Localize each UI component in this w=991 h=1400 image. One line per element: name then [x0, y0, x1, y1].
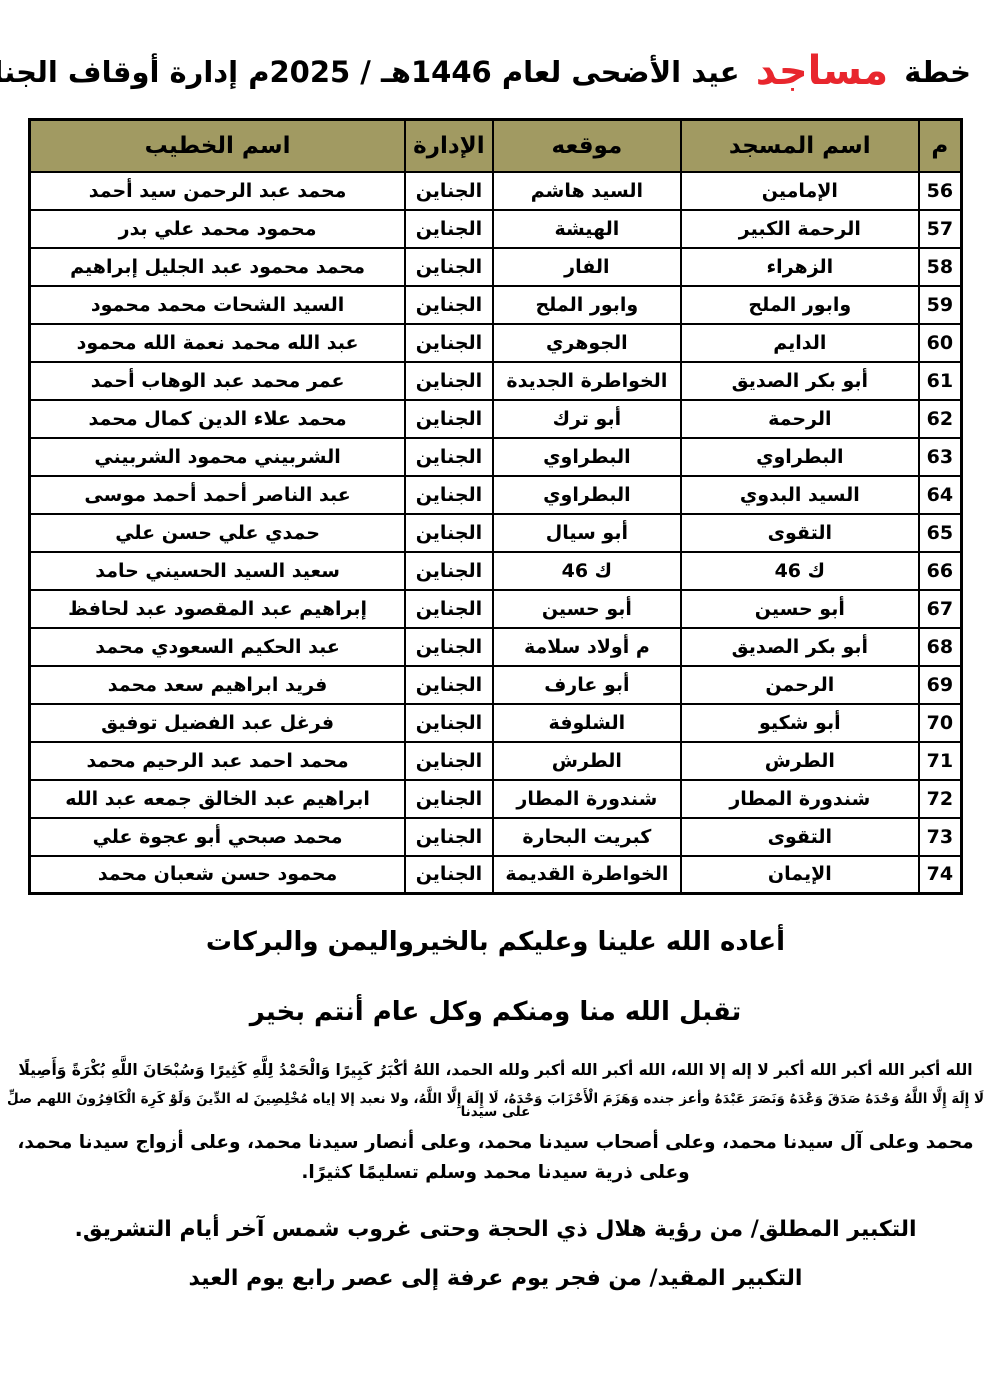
- cell-administration: الجناين: [405, 704, 493, 742]
- cell-serial-number: 67: [919, 590, 962, 628]
- cell-location: أبو حسين: [493, 590, 681, 628]
- cell-serial-number: 64: [919, 476, 962, 514]
- cell-khateeb-name: محمد صبحي أبو عجوة علي: [30, 818, 406, 856]
- cell-administration: الجناين: [405, 742, 493, 780]
- table-row: 60 الدايم الجوهري الجناين عبد الله محمد …: [30, 324, 962, 362]
- blessing-line-1: أعاده الله علينا وعليكم بالخيرواليمن وال…: [0, 927, 991, 957]
- table-row: 56 الإمامين السيد هاشم الجناين محمد عبد …: [30, 172, 962, 210]
- table-row: 74 الإيمان الخواطرة القديمة الجناين محمو…: [30, 856, 962, 894]
- cell-serial-number: 56: [919, 172, 962, 210]
- cell-administration: الجناين: [405, 438, 493, 476]
- cell-location: الخواطرة القديمة: [493, 856, 681, 894]
- table-row: 62 الرحمة أبو ترك الجناين محمد علاء الدي…: [30, 400, 962, 438]
- header-khateeb-name: اسم الخطيب: [30, 120, 406, 172]
- cell-administration: الجناين: [405, 400, 493, 438]
- table-row: 67 أبو حسين أبو حسين الجناين إبراهيم عبد…: [30, 590, 962, 628]
- cell-serial-number: 62: [919, 400, 962, 438]
- cell-location: الطرش: [493, 742, 681, 780]
- cell-serial-number: 70: [919, 704, 962, 742]
- cell-khateeb-name: عمر محمد عبد الوهاب أحمد: [30, 362, 406, 400]
- cell-serial-number: 58: [919, 248, 962, 286]
- cell-mosque-name: أبو بكر الصديق: [681, 628, 919, 666]
- cell-administration: الجناين: [405, 628, 493, 666]
- cell-serial-number: 61: [919, 362, 962, 400]
- cell-location: أبو ترك: [493, 400, 681, 438]
- cell-khateeb-name: الشربيني محمود الشربيني: [30, 438, 406, 476]
- cell-serial-number: 60: [919, 324, 962, 362]
- cell-serial-number: 59: [919, 286, 962, 324]
- cell-mosque-name: السيد البدوي: [681, 476, 919, 514]
- cell-khateeb-name: محمد علاء الدين كمال محمد: [30, 400, 406, 438]
- cell-location: شندورة المطار: [493, 780, 681, 818]
- cell-administration: الجناين: [405, 856, 493, 894]
- cell-serial-number: 63: [919, 438, 962, 476]
- cell-khateeb-name: عبد الحكيم السعودي محمد: [30, 628, 406, 666]
- cell-mosque-name: التقوى: [681, 514, 919, 552]
- header-location: موقعه: [493, 120, 681, 172]
- cell-khateeb-name: فريد ابراهيم سعد محمد: [30, 666, 406, 704]
- cell-administration: الجناين: [405, 324, 493, 362]
- cell-mosque-name: التقوى: [681, 818, 919, 856]
- header-num: م: [919, 120, 962, 172]
- cell-serial-number: 72: [919, 780, 962, 818]
- cell-administration: الجناين: [405, 552, 493, 590]
- table-row: 58 الزهراء الفار الجناين محمد محمود عبد …: [30, 248, 962, 286]
- cell-khateeb-name: محمد احمد عبد الرحيم محمد: [30, 742, 406, 780]
- cell-location: وابور الملح: [493, 286, 681, 324]
- cell-administration: الجناين: [405, 172, 493, 210]
- header-mosque-name: اسم المسجد: [681, 120, 919, 172]
- takbeer-line-1: الله أكبر الله أكبر الله أكبر لا إله إلا…: [14, 1063, 977, 1079]
- cell-khateeb-name: فرغل عبد الفضيل توفيق: [30, 704, 406, 742]
- cell-location: السيد هاشم: [493, 172, 681, 210]
- takbeer-line-4: وعلى ذرية سيدنا محمد وسلم تسليمًا كثيرًا…: [14, 1164, 977, 1183]
- cell-location: م أولاد سلامة: [493, 628, 681, 666]
- cell-administration: الجناين: [405, 248, 493, 286]
- title-prefix: خطة: [904, 55, 971, 89]
- cell-administration: الجناين: [405, 590, 493, 628]
- header-administration: الإدارة: [405, 120, 493, 172]
- table-header-row: م اسم المسجد موقعه الإدارة اسم الخطيب: [30, 120, 962, 172]
- cell-serial-number: 68: [919, 628, 962, 666]
- cell-mosque-name: وابور الملح: [681, 286, 919, 324]
- cell-location: كبريت البحارة: [493, 818, 681, 856]
- cell-administration: الجناين: [405, 476, 493, 514]
- takbeer-muqayyad-rule: التكبير المقيد/ من فجر يوم عرفة إلى عصر …: [0, 1266, 991, 1291]
- cell-mosque-name: الطرش: [681, 742, 919, 780]
- cell-location: الفار: [493, 248, 681, 286]
- takbeer-line-3: محمد وعلى آل سيدنا محمد، وعلى أصحاب سيدن…: [14, 1134, 977, 1153]
- cell-serial-number: 74: [919, 856, 962, 894]
- cell-location: أبو سيال: [493, 514, 681, 552]
- cell-khateeb-name: سعيد السيد الحسيني حامد: [30, 552, 406, 590]
- page-title: خطة مساجد عيد الأضحى لعام 1446هـ / 2025م…: [20, 44, 971, 98]
- table-row: 59 وابور الملح وابور الملح الجناين السيد…: [30, 286, 962, 324]
- cell-mosque-name: شندورة المطار: [681, 780, 919, 818]
- table-row: 72 شندورة المطار شندورة المطار الجناين ا…: [30, 780, 962, 818]
- cell-serial-number: 73: [919, 818, 962, 856]
- title-suffix: عيد الأضحى لعام 1446هـ / 2025م إدارة أوق…: [0, 55, 740, 89]
- cell-mosque-name: ك 46: [681, 552, 919, 590]
- takbeer-paragraph: الله أكبر الله أكبر الله أكبر لا إله إلا…: [0, 1063, 991, 1183]
- cell-khateeb-name: محمد عبد الرحمن سيد أحمد: [30, 172, 406, 210]
- footer-block: أعاده الله علينا وعليكم بالخيرواليمن وال…: [0, 895, 991, 1291]
- cell-administration: الجناين: [405, 818, 493, 856]
- table-row: 71 الطرش الطرش الجناين محمد احمد عبد الر…: [30, 742, 962, 780]
- table-row: 69 الرحمن أبو عارف الجناين فريد ابراهيم …: [30, 666, 962, 704]
- cell-mosque-name: البطراوي: [681, 438, 919, 476]
- cell-serial-number: 66: [919, 552, 962, 590]
- cell-khateeb-name: عبد الله محمد نعمة الله محمود: [30, 324, 406, 362]
- table-row: 65 التقوى أبو سيال الجناين حمدي علي حسن …: [30, 514, 962, 552]
- cell-khateeb-name: إبراهيم عبد المقصود عبد لحافظ: [30, 590, 406, 628]
- cell-administration: الجناين: [405, 210, 493, 248]
- table-row: 61 أبو بكر الصديق الخواطرة الجديدة الجنا…: [30, 362, 962, 400]
- cell-serial-number: 65: [919, 514, 962, 552]
- cell-serial-number: 57: [919, 210, 962, 248]
- cell-mosque-name: الدايم: [681, 324, 919, 362]
- cell-location: الجوهري: [493, 324, 681, 362]
- blessing-line-2: تقبل الله منا ومنكم وكل عام أنتم بخير: [0, 997, 991, 1027]
- table-row: 66 ك 46 ك 46 الجناين سعيد السيد الحسيني …: [30, 552, 962, 590]
- table-row: 57 الرحمة الكبير الهيشة الجناين محمود مح…: [30, 210, 962, 248]
- cell-administration: الجناين: [405, 362, 493, 400]
- takbeer-line-2: لَا إِلَهَ إِلَّا اللَّهُ وَحْدَهُ صَدَق…: [6, 1093, 985, 1120]
- table-row: 68 أبو بكر الصديق م أولاد سلامة الجناين …: [30, 628, 962, 666]
- cell-administration: الجناين: [405, 286, 493, 324]
- cell-location: الخواطرة الجديدة: [493, 362, 681, 400]
- mosques-table: م اسم المسجد موقعه الإدارة اسم الخطيب 56…: [28, 118, 963, 895]
- cell-mosque-name: الإمامين: [681, 172, 919, 210]
- document-page: خطة مساجد عيد الأضحى لعام 1446هـ / 2025م…: [0, 0, 991, 1400]
- cell-mosque-name: الرحمة: [681, 400, 919, 438]
- table-row: 73 التقوى كبريت البحارة الجناين محمد صبح…: [30, 818, 962, 856]
- table-row: 63 البطراوي البطراوي الجناين الشربيني مح…: [30, 438, 962, 476]
- cell-administration: الجناين: [405, 666, 493, 704]
- cell-administration: الجناين: [405, 780, 493, 818]
- table-row: 64 السيد البدوي البطراوي الجناين عبد الن…: [30, 476, 962, 514]
- cell-location: البطراوي: [493, 438, 681, 476]
- cell-location: الهيشة: [493, 210, 681, 248]
- cell-mosque-name: الإيمان: [681, 856, 919, 894]
- table-row: 70 أبو شكيو الشلوفة الجناين فرغل عبد الف…: [30, 704, 962, 742]
- cell-location: البطراوي: [493, 476, 681, 514]
- cell-mosque-name: أبو حسين: [681, 590, 919, 628]
- cell-khateeb-name: محمود محمد علي بدر: [30, 210, 406, 248]
- cell-mosque-name: أبو بكر الصديق: [681, 362, 919, 400]
- cell-khateeb-name: حمدي علي حسن علي: [30, 514, 406, 552]
- cell-serial-number: 69: [919, 666, 962, 704]
- cell-khateeb-name: عبد الناصر أحمد أحمد موسى: [30, 476, 406, 514]
- cell-khateeb-name: ابراهيم عبد الخالق جمعه عبد الله: [30, 780, 406, 818]
- cell-serial-number: 71: [919, 742, 962, 780]
- cell-mosque-name: أبو شكيو: [681, 704, 919, 742]
- cell-location: أبو عارف: [493, 666, 681, 704]
- cell-mosque-name: الزهراء: [681, 248, 919, 286]
- cell-khateeb-name: محمود حسن شعبان محمد: [30, 856, 406, 894]
- takbeer-mutlaq-rule: التكبير المطلق/ من رؤية هلال ذي الحجة وح…: [0, 1217, 991, 1242]
- cell-khateeb-name: السيد الشحات محمد محمود: [30, 286, 406, 324]
- cell-mosque-name: الرحمن: [681, 666, 919, 704]
- cell-location: ك 46: [493, 552, 681, 590]
- cell-administration: الجناين: [405, 514, 493, 552]
- cell-khateeb-name: محمد محمود عبد الجليل إبراهيم: [30, 248, 406, 286]
- cell-mosque-name: الرحمة الكبير: [681, 210, 919, 248]
- cell-location: الشلوفة: [493, 704, 681, 742]
- title-highlight: مساجد: [756, 48, 888, 94]
